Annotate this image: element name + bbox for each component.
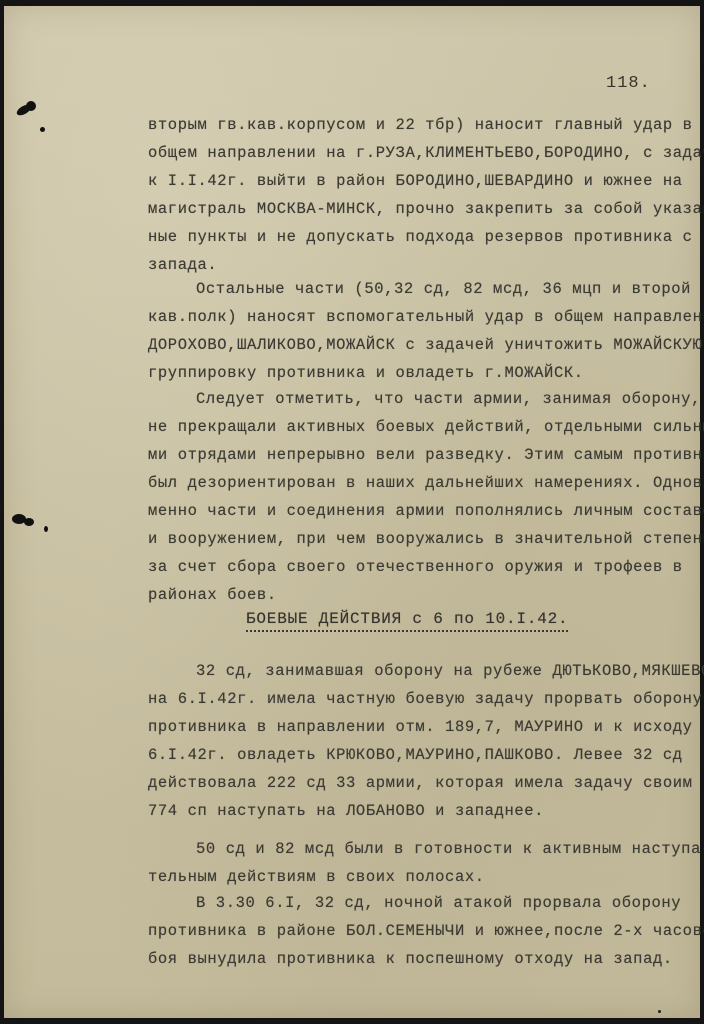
- text-line: тельным действиям в своих полосах.: [148, 868, 485, 886]
- text-line: В 3.30 6.I, 32 сд, ночной атакой прорвал…: [196, 894, 681, 912]
- section-heading: БОЕВЫЕ ДЕЙСТВИЯ с 6 по 10.I.42.: [246, 610, 568, 632]
- punch-hole: [40, 127, 45, 132]
- document-page: 118. вторым гв.кав.корпусом и 22 тбр) на…: [4, 6, 700, 1018]
- text-line: менно части и соединения армии пополняли…: [148, 502, 704, 520]
- text-line: за счет сбора своего отечественного оруж…: [148, 558, 683, 576]
- text-line: кав.полк) наносят вспомогательный удар в…: [148, 308, 704, 326]
- punch-hole: [44, 526, 48, 532]
- text-line: ДОРОХОВО,ШАЛИКОВО,МОЖАЙСК с задачей унич…: [148, 336, 702, 354]
- text-line: и вооружением, при чем вооружались в зна…: [148, 530, 704, 548]
- text-line: ные пункты и не допускать подхода резерв…: [148, 228, 693, 246]
- text-line: 6.I.42г. овладеть КРЮКОВО,МАУРИНО,ПАШКОВ…: [148, 746, 683, 764]
- text-line: противника в районе БОЛ.СЕМЕНЫЧИ и южнее…: [148, 922, 704, 940]
- text-line: магистраль МОСКВА-МИНСК, прочно закрепит…: [148, 200, 704, 218]
- punch-hole: [24, 518, 34, 526]
- text-line: районах боев.: [148, 586, 277, 604]
- text-line: действовала 222 сд 33 армии, которая име…: [148, 774, 693, 792]
- text-line: на 6.I.42г. имела частную боевую задачу …: [148, 690, 702, 708]
- text-line: общем направлении на г.РУЗА,КЛИМЕНТЬЕВО,…: [148, 144, 704, 162]
- text-line: ми отрядами непрерывно вели разведку. Эт…: [148, 446, 704, 464]
- text-line: к I.I.42г. выйти в район БОРОДИНО,ШЕВАРД…: [148, 172, 683, 190]
- text-line: группировку противника и овладеть г.МОЖА…: [148, 364, 584, 382]
- text-line: запада.: [148, 256, 217, 274]
- text-line: Остальные части (50,32 сд, 82 мсд, 36 мц…: [196, 280, 691, 298]
- text-line: был дезориентирован в наших дальнейших н…: [148, 474, 704, 492]
- text-line: 50 сд и 82 мсд были в готовности к актив…: [196, 840, 704, 858]
- text-line: 32 сд, занимавшая оборону на рубеже ДЮТЬ…: [196, 662, 704, 680]
- text-line: вторым гв.кав.корпусом и 22 тбр) наносит…: [148, 116, 693, 134]
- ink-speck: [658, 1010, 661, 1013]
- text-line: противника в направлении отм. 189,7, МАУ…: [148, 718, 693, 736]
- page-number: 118.: [606, 74, 651, 93]
- text-line: не прекращали активных боевых действий, …: [148, 418, 704, 436]
- text-line: Следует отметить, что части армии, заним…: [196, 390, 701, 408]
- text-line: 774 сп наступать на ЛОБАНОВО и западнее.: [148, 802, 544, 820]
- text-line: боя вынудила противника к поспешному отх…: [148, 950, 673, 968]
- punch-hole: [26, 101, 36, 111]
